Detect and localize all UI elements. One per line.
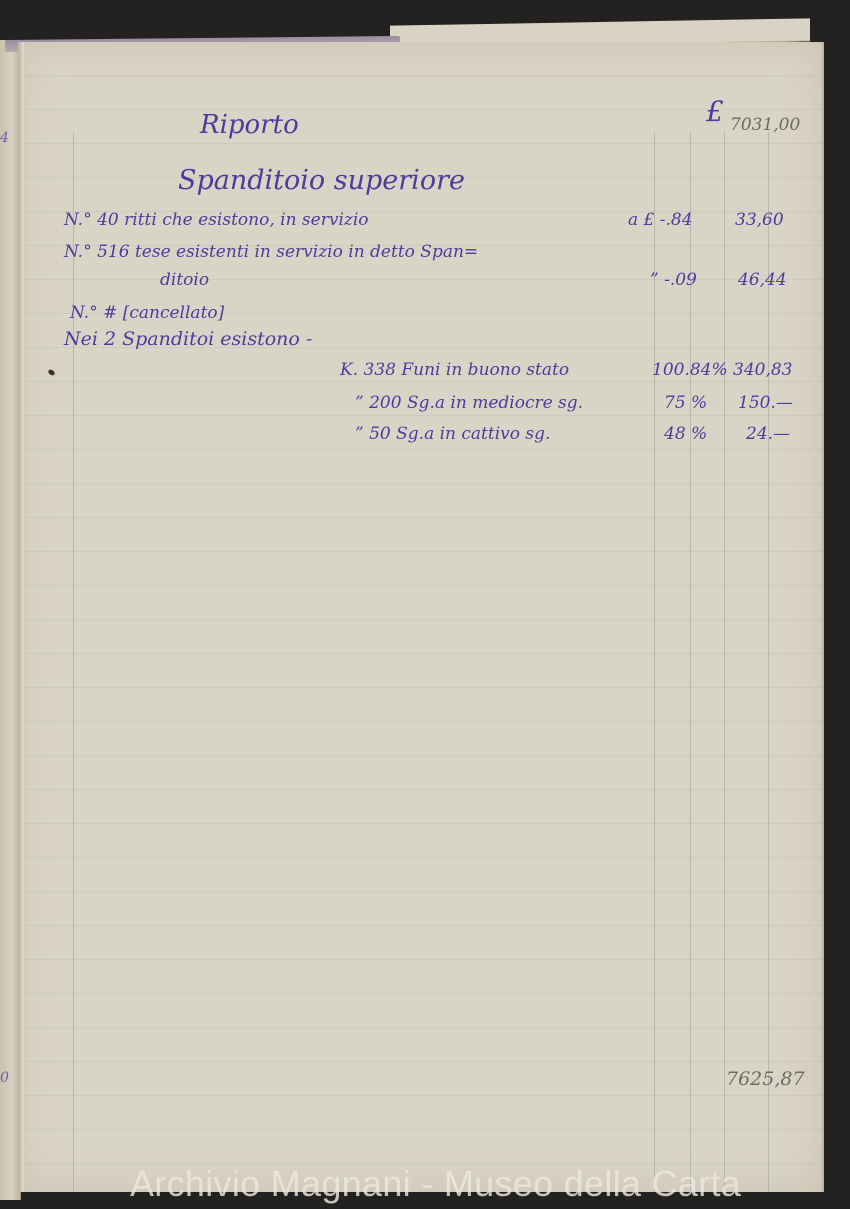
entry-amount: 24.— [746,424,790,444]
entry-description: K. 338 Funi in buono stato [340,360,569,380]
entry-rate: 100.84% [652,360,728,380]
column-rule [690,132,691,1192]
archive-watermark: Archivio Magnani - Museo della Carta [130,1163,741,1205]
entry-rate: 75 % [664,393,707,413]
carried-forward-amount: 7031,00 [730,115,800,135]
entry-description: N.° 516 tese esistenti in servizio in de… [64,242,478,262]
margin-rule [73,132,74,1192]
entry-rate: ” -.09 [650,270,697,290]
page-title: Riporto [200,110,299,140]
entry-description: ” 200 Sg.a in mediocre sg. [355,393,583,413]
page-spine [18,42,24,1192]
entry-description: ” 50 Sg.a in cattivo sg. [355,424,550,444]
left-page-mark: 0 [0,1070,9,1086]
entry-description-struck: N.° # [cancellato] [70,303,224,323]
entry-rate: 48 % [664,424,707,444]
lira-symbol: £ [706,95,724,128]
entry-amount: 150.— [738,393,793,413]
column-rule [724,132,725,1192]
column-rule [768,132,769,1192]
entry-amount: 340,83 [733,360,792,380]
entry-amount: 46,44 [738,270,787,290]
entry-amount: 33,60 [735,210,784,230]
column-rule [654,132,655,1192]
entry-description: N.° 40 ritti che esistono, in servizio [64,210,369,230]
entry-rate: a £ -.84 [628,210,693,230]
page-total: 7625,87 [726,1068,805,1090]
entry-heading: Nei 2 Spanditoi esistono - [64,328,312,350]
entry-description: ditoio [160,270,209,290]
section-heading: Spanditoio superiore [178,165,465,196]
left-page-mark: 4 [0,130,9,146]
